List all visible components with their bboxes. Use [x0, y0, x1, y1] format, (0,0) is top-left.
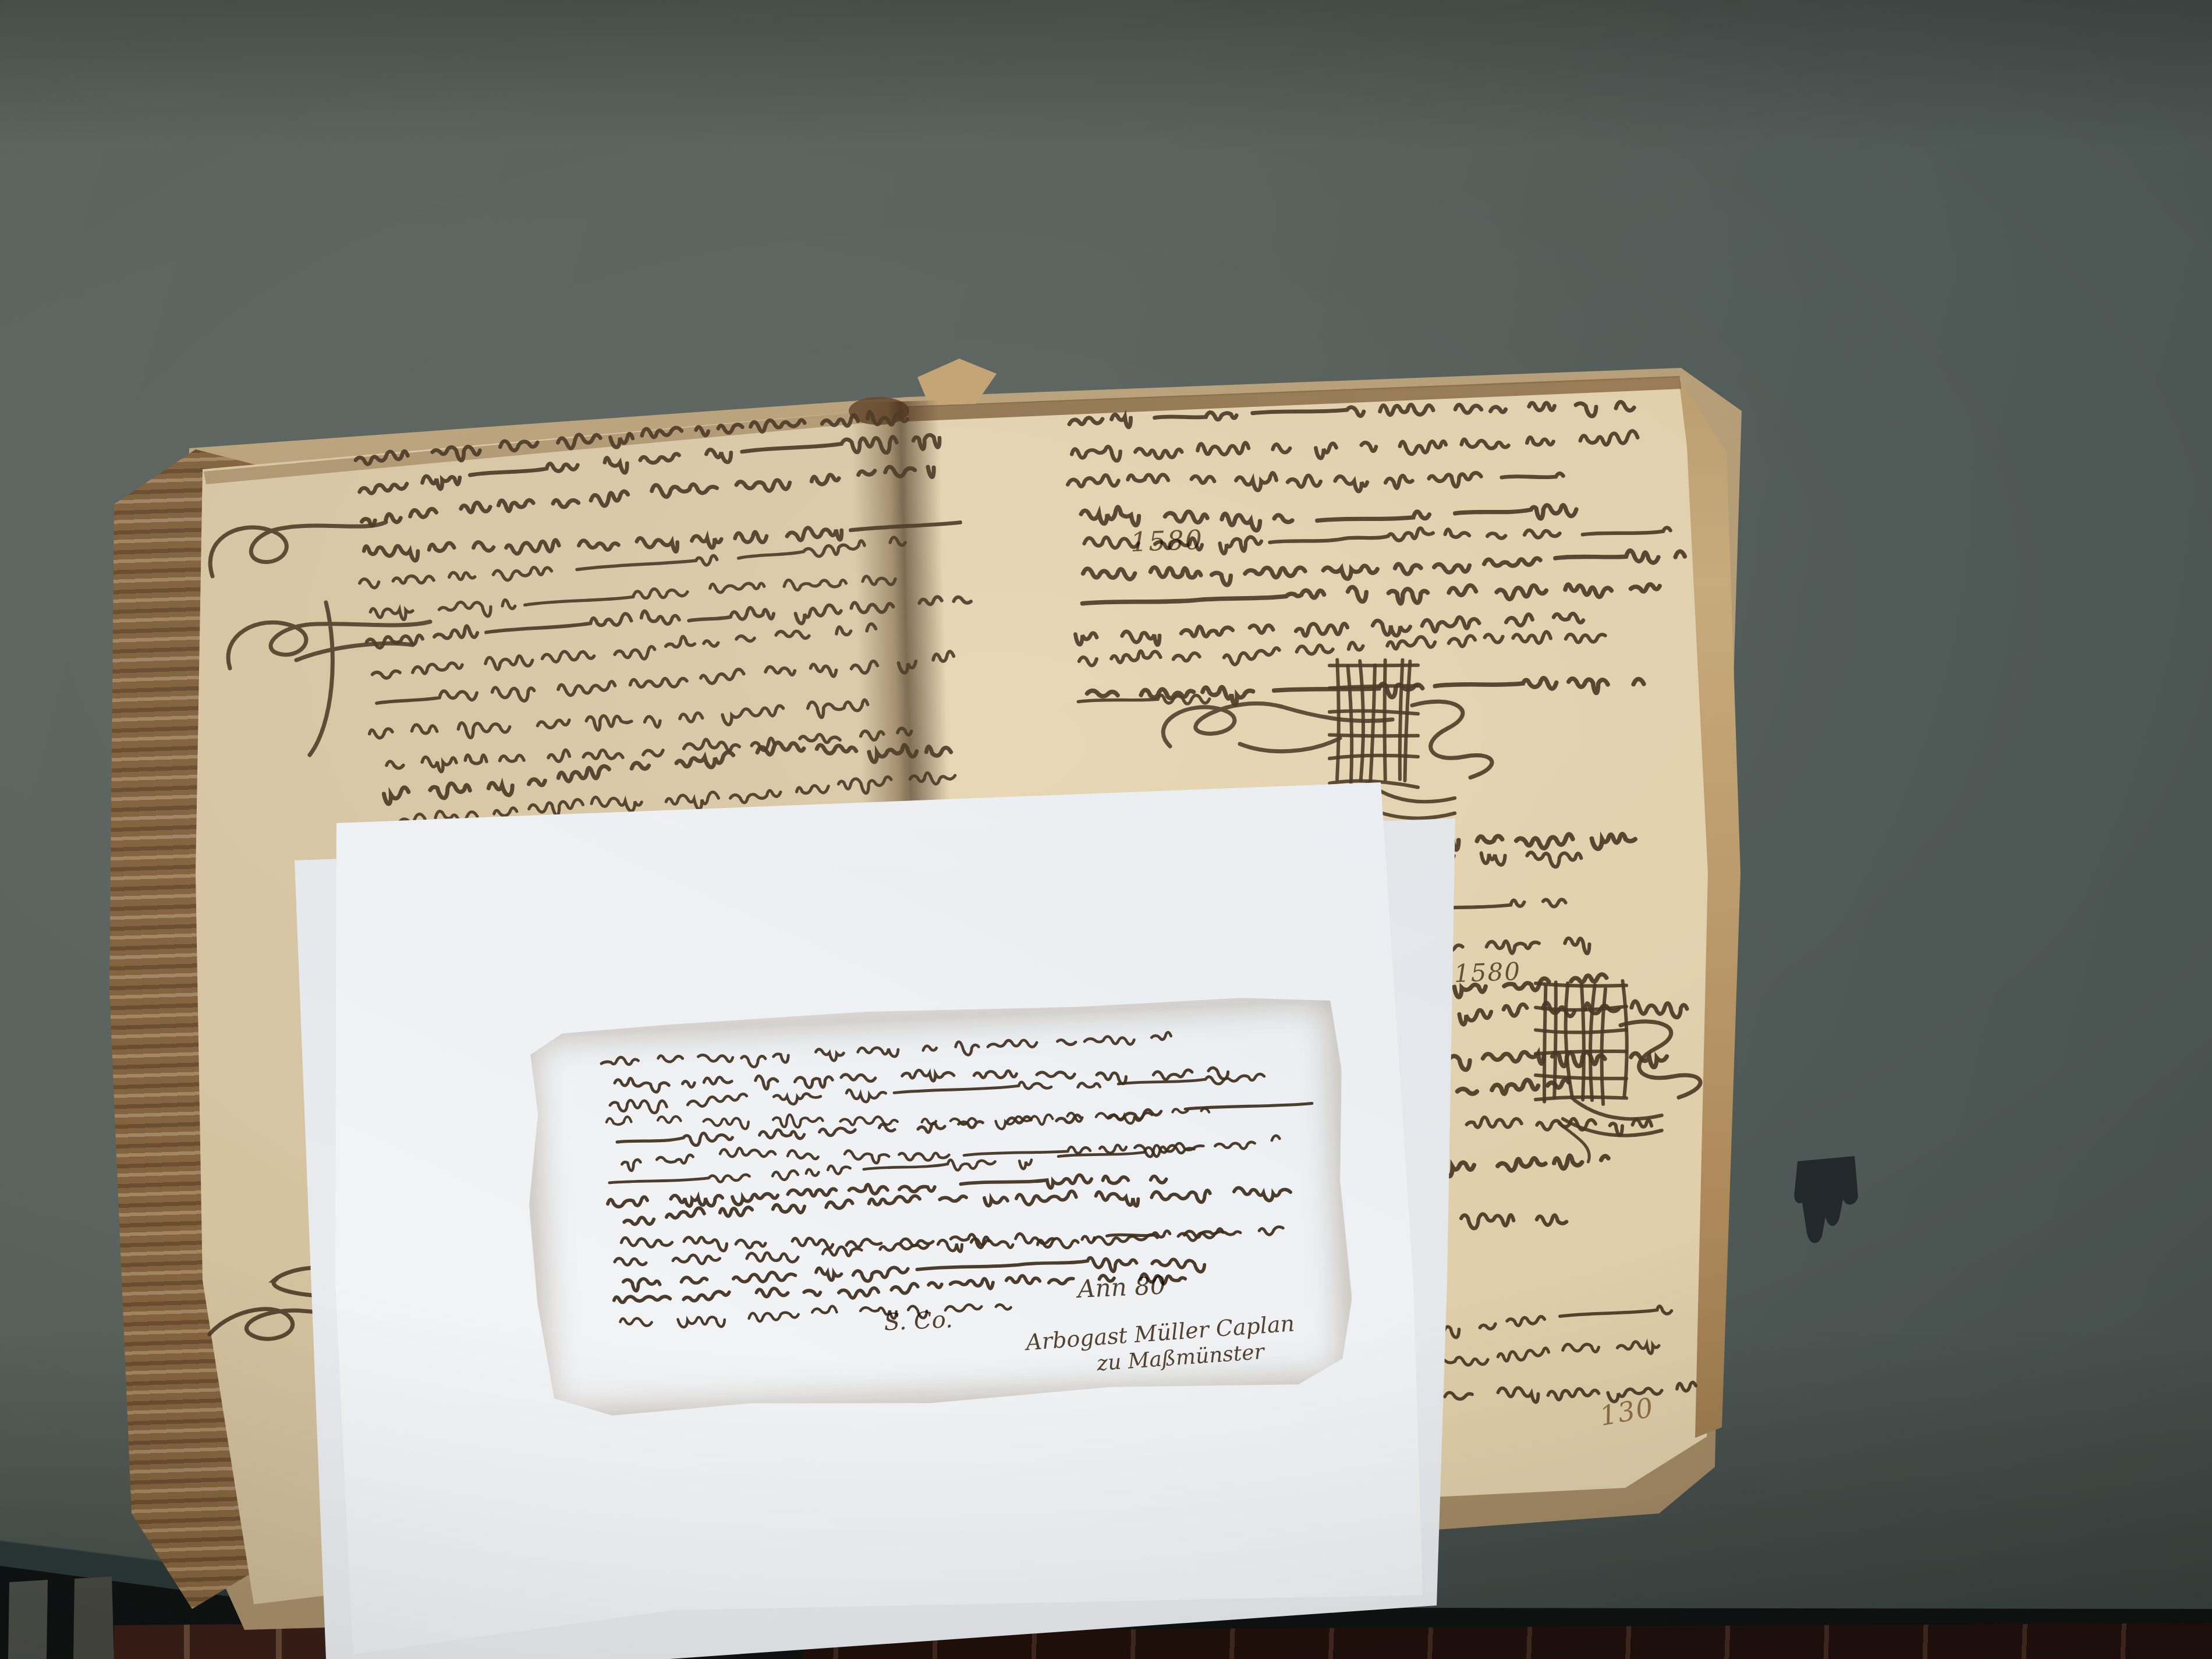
entry1-year-text: 1580	[1130, 524, 1204, 558]
entry2-year-text: 1580	[1454, 957, 1522, 988]
paper-fragment: Ann 80 S. Co. Arbogast Müller Caplan zu …	[521, 990, 1356, 1423]
fragment-date-text: Ann 80	[1077, 1271, 1166, 1303]
fragment-initials: S. Co.	[884, 1306, 953, 1336]
photo-stage: 1580 1580 130 Ann 80 S. Co. Arbogast Mül…	[0, 0, 2212, 1659]
